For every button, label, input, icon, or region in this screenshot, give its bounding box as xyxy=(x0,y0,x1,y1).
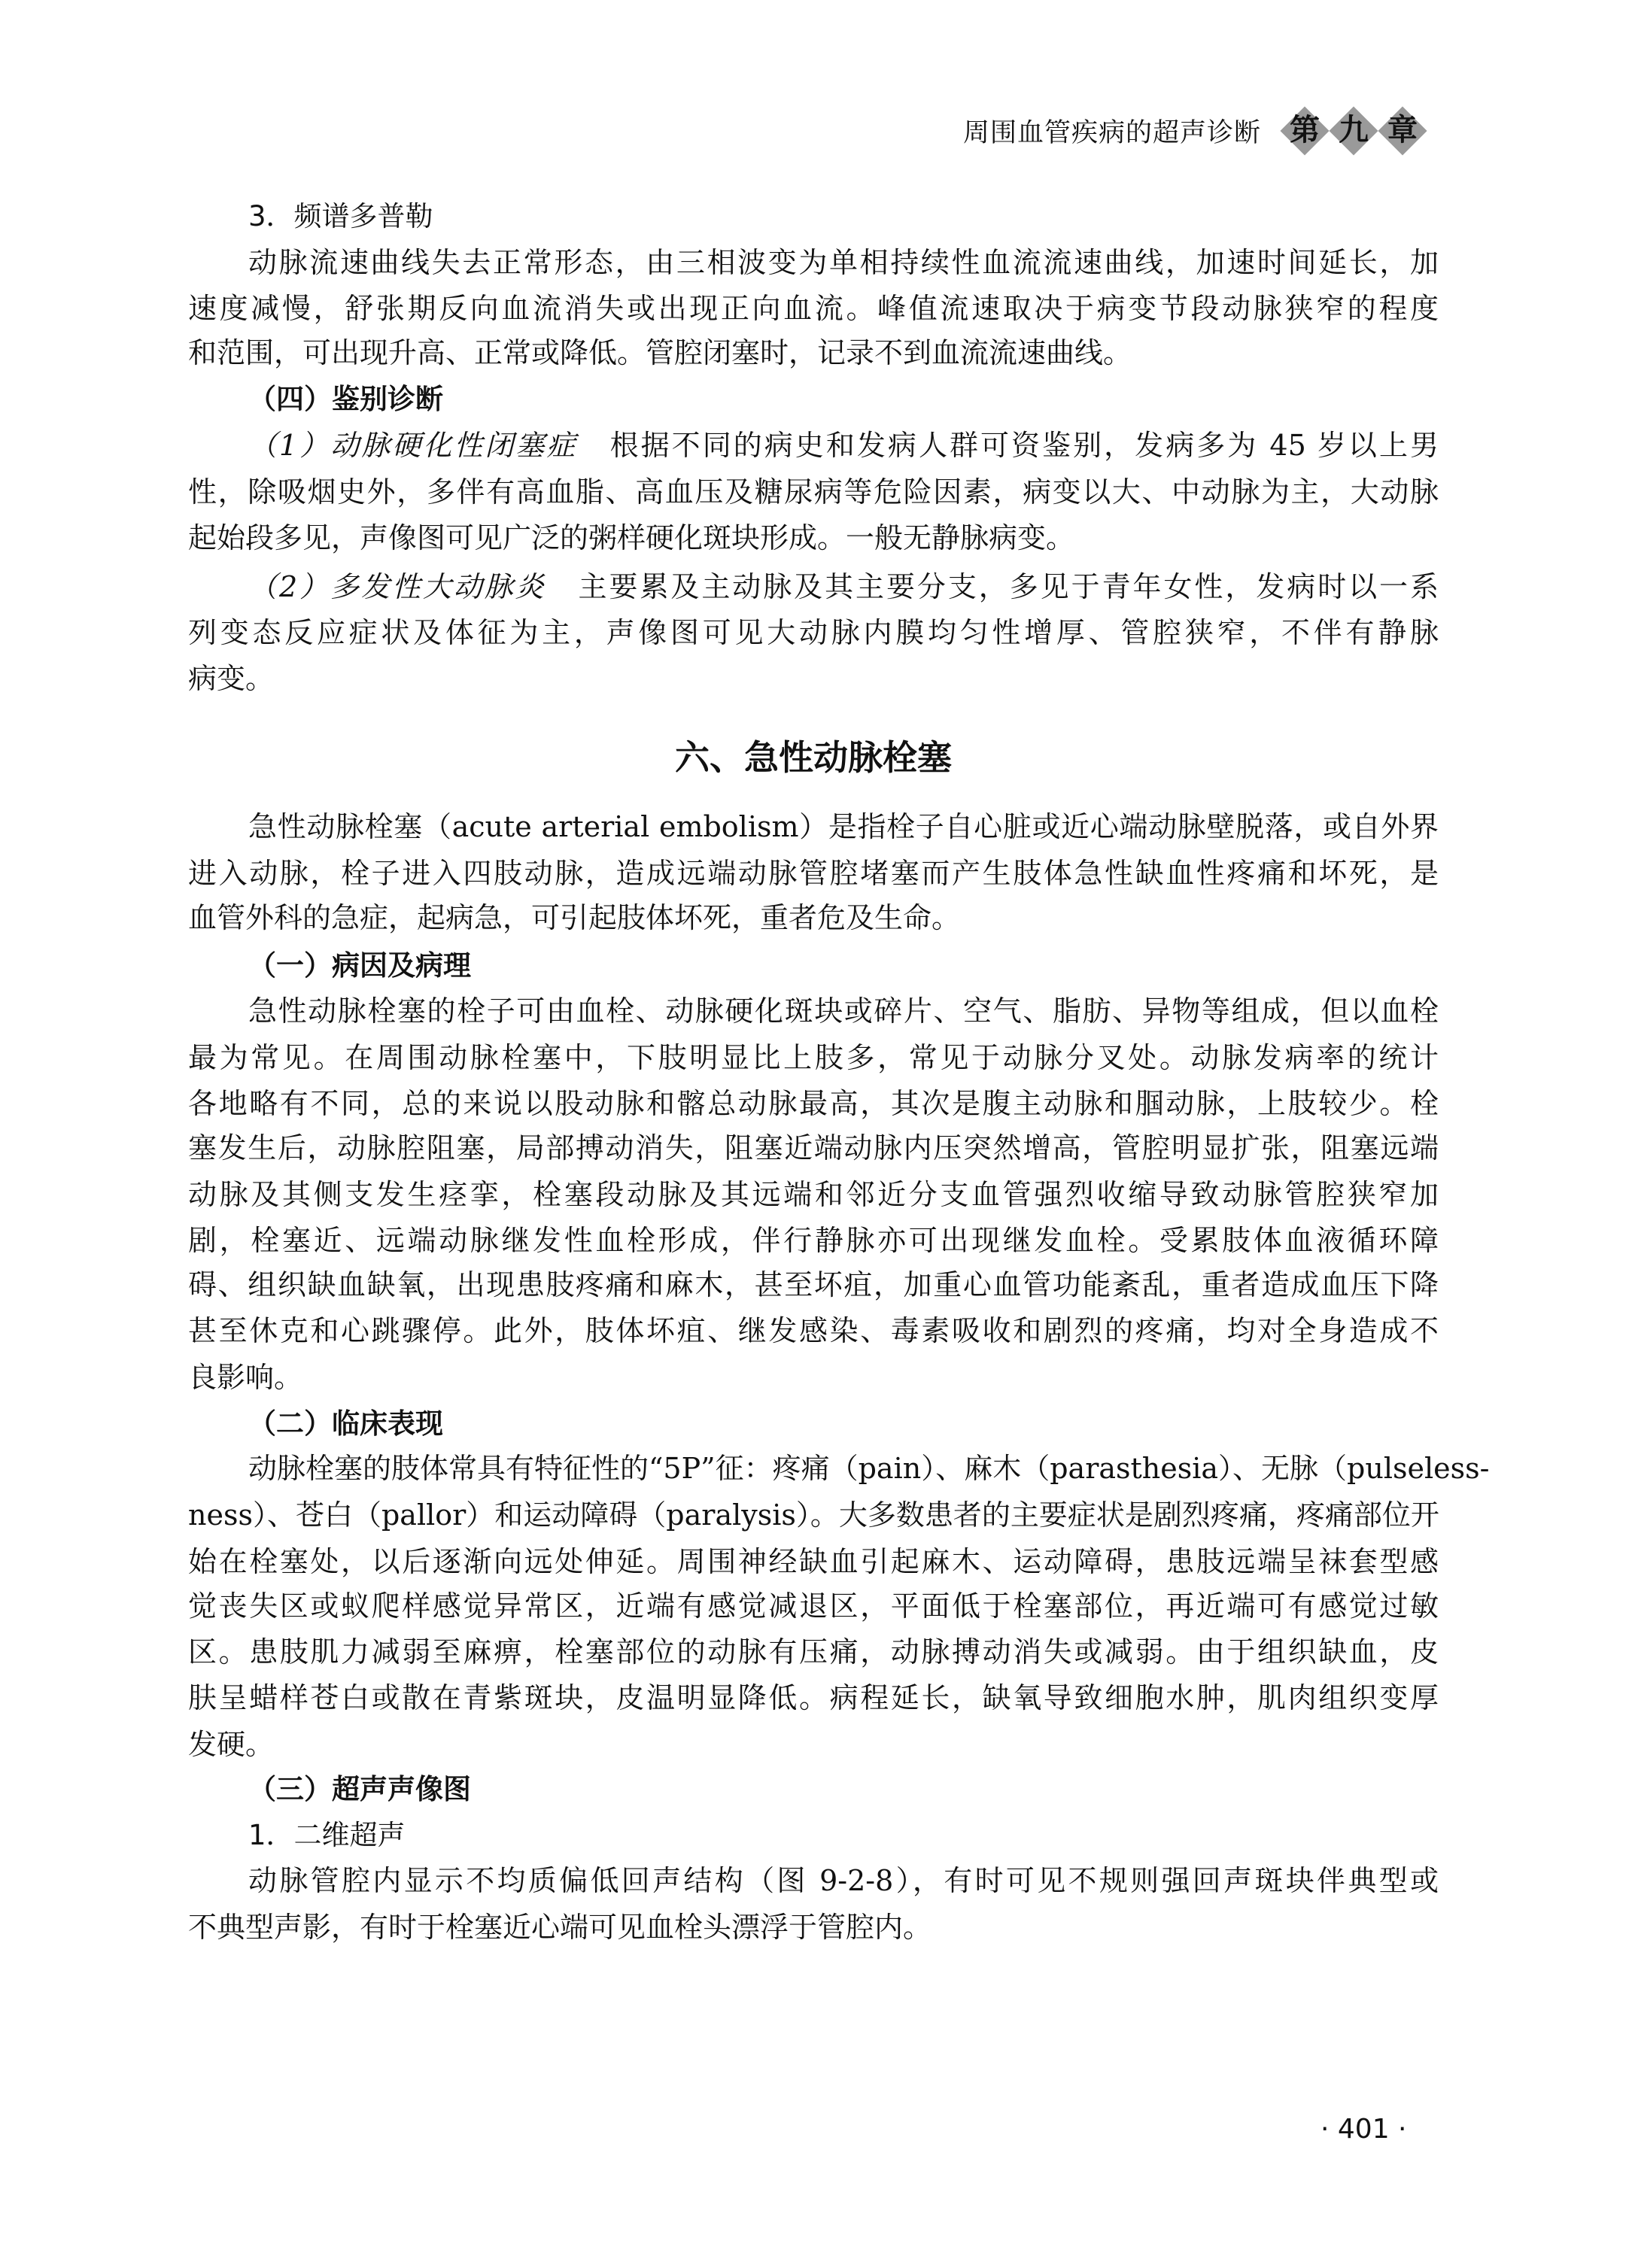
paragraph-line: 甚至休克和心跳骤停。此外，肢体坏疽、继发感染、毒素吸收和剧烈的疼痛，均对全身造成… xyxy=(188,1308,1439,1354)
diamond-icon: 九 xyxy=(1330,107,1378,155)
paragraph-line: 速度减慢，舒张期反向血流消失或出现正向血流。峰值流速取决于病变节段动脉狭窄的程度 xyxy=(188,286,1439,332)
paragraph-text: 主要累及主动脉及其主要分支，多见于青年女性，发病时以一系 xyxy=(576,570,1439,603)
subsection-heading: 1．二维超声 xyxy=(188,1812,1439,1858)
paragraph-line: 塞发生后，动脉腔阻塞，局部搏动消失，阻塞近端动脉内压突然增高，管腔明显扩张，阻塞… xyxy=(188,1125,1439,1171)
paragraph-text: 根据不同的病史和发病人群可资鉴别，发病多为 45 岁以上男 xyxy=(608,429,1439,462)
paragraph-line: 列变态反应症状及体征为主，声像图可见大动脉内膜均匀性增厚、管腔狭窄，不伴有静脉 xyxy=(188,610,1439,656)
paragraph-line: 急性动脉栓塞的栓子可由血栓、动脉硬化斑块或碎片、空气、脂肪、异物等组成，但以血栓 xyxy=(188,988,1439,1034)
paragraph-line: （2）多发性大动脉炎主要累及主动脉及其主要分支，多见于青年女性，发病时以一系 xyxy=(188,564,1439,610)
paragraph-line: 起始段多见，声像图可见广泛的粥样硬化斑块形成。一般无静脉病变。 xyxy=(188,515,1439,561)
section-heading: （四）鉴别诊断 xyxy=(188,376,1439,422)
paragraph-line: 各地略有不同，总的来说以股动脉和髂总动脉最高，其次是腹主动脉和腘动脉，上肢较少。… xyxy=(188,1081,1439,1127)
paragraph-line: 性，除吸烟史外，多伴有高血脂、高血压及糖尿病等危险因素，病变以大、中动脉为主，大… xyxy=(188,469,1439,515)
paragraph-line: 动脉流速曲线失去正常形态，由三相波变为单相持续性血流流速曲线，加速时间延长，加 xyxy=(188,240,1439,286)
paragraph-line: 始在栓塞处，以后逐渐向远处伸延。周围神经缺血引起麻木、运动障碍，患肢远端呈袜套型… xyxy=(188,1539,1439,1585)
paragraph-line: 和范围，可出现升高、正常或降低。管腔闭塞时，记录不到血流流速曲线。 xyxy=(188,330,1439,376)
paragraph-line: ness）、苍白（pallor）和运动障碍（paralysis）。大多数患者的主… xyxy=(188,1492,1439,1538)
chapter-char: 章 xyxy=(1378,107,1427,155)
diamond-icon: 第 xyxy=(1281,107,1329,155)
section-heading: （三）超声声像图 xyxy=(188,1766,1439,1812)
page-number: · 401 · xyxy=(1321,2114,1407,2145)
paragraph-line: 动脉栓塞的肢体常具有特征性的“5P”征：疼痛（pain）、麻木（parasthe… xyxy=(188,1446,1439,1492)
paragraph-line: 动脉管腔内显示不均质偏低回声结构（图 9-2-8），有时可见不规则强回声斑块伴典… xyxy=(188,1858,1439,1904)
paragraph-line: 肤呈蜡样苍白或散在青紫斑块，皮温明显降低。病程延长，缺氧导致细胞水肿，肌肉组织变… xyxy=(188,1675,1439,1721)
diamond-icon: 章 xyxy=(1378,107,1427,155)
term: （2）多发性大动脉炎 xyxy=(248,570,546,603)
paragraph-line: 不典型声影，有时于栓塞近心端可见血栓头漂浮于管腔内。 xyxy=(188,1905,1439,1951)
chapter-badge: 第 九 章 xyxy=(1281,107,1427,155)
subsection-heading: 3．频谱多普勒 xyxy=(188,193,1439,239)
paragraph-line: 最为常见。在周围动脉栓塞中，下肢明显比上肢多，常见于动脉分叉处。动脉发病率的统计 xyxy=(188,1035,1439,1081)
paragraph-line: 良影响。 xyxy=(188,1355,1439,1401)
paragraph-line: 急性动脉栓塞（acute arterial embolism）是指栓子自心脏或近… xyxy=(188,804,1439,850)
paragraph-line: 剧，栓塞近、远端动脉继发性血栓形成，伴行静脉亦可出现继发血栓。受累肢体血液循环障 xyxy=(188,1218,1439,1264)
running-head: 周围血管疾病的超声诊断 第 九 章 xyxy=(963,110,1427,152)
paragraph-line: 动脉及其侧支发生痉挛，栓塞段动脉及其远端和邻近分支血管强烈收缩导致动脉管腔狭窄加 xyxy=(188,1172,1439,1218)
section-heading: （一）病因及病理 xyxy=(188,943,1439,988)
section-heading: （二）临床表现 xyxy=(188,1401,1439,1447)
chapter-char: 九 xyxy=(1330,107,1378,155)
term: （1）动脉硬化性闭塞症 xyxy=(248,429,578,462)
paragraph-line: 碍、组织缺血缺氧，出现患肢疼痛和麻木，甚至坏疽，加重心血管功能紊乱，重者造成血压… xyxy=(188,1262,1439,1308)
paragraph-line: 病变。 xyxy=(188,656,1439,702)
paragraph-line: （1）动脉硬化性闭塞症根据不同的病史和发病人群可资鉴别，发病多为 45 岁以上男 xyxy=(188,423,1439,469)
chapter-char: 第 xyxy=(1281,107,1329,155)
chapter-section-title: 六、急性动脉栓塞 xyxy=(188,735,1439,780)
paragraph-line: 血管外科的急症，起病急，可引起肢体坏死，重者危及生命。 xyxy=(188,895,1439,941)
paragraph-line: 觉丧失区或蚁爬样感觉异常区，近端有感觉减退区，平面低于栓塞部位，再近端可有感觉过… xyxy=(188,1583,1439,1629)
running-head-title: 周围血管疾病的超声诊断 xyxy=(963,112,1261,150)
paragraph-line: 进入动脉，栓子进入四肢动脉，造成远端动脉管腔堵塞而产生肢体急性缺血性疼痛和坏死，… xyxy=(188,851,1439,897)
paragraph-line: 发硬。 xyxy=(188,1722,1439,1768)
paragraph-line: 区。患肢肌力减弱至麻痹，栓塞部位的动脉有压痛，动脉搏动消失或减弱。由于组织缺血，… xyxy=(188,1629,1439,1675)
